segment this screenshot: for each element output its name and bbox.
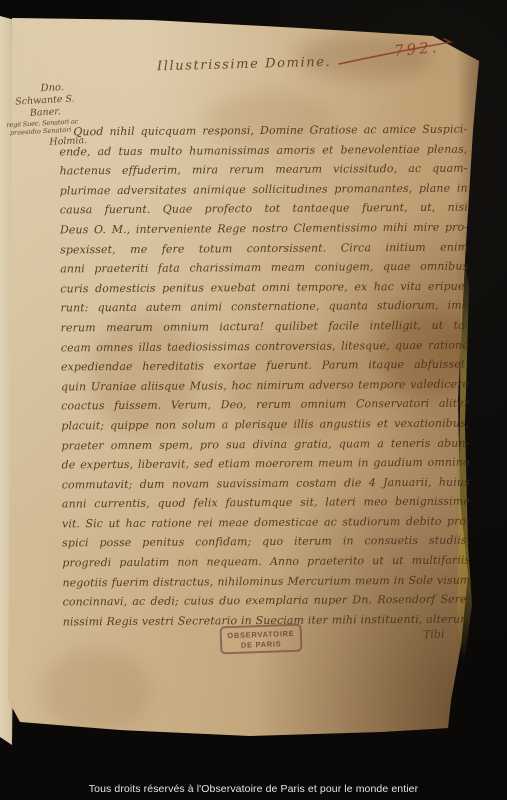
catchword: Tibi [423,627,445,641]
paper-stain [42,649,152,734]
letter-body: Quod nihil quicquam responsi, Domine Gra… [59,120,471,632]
copyright-caption: Tous droits réservés à l'Observatoire de… [0,783,507,795]
observatory-stamp: OBSERVATOIRE DE PARIS [220,624,303,655]
scanned-photo-background: 792. Illustrissime Domine. Dno.Schwante … [0,0,507,800]
